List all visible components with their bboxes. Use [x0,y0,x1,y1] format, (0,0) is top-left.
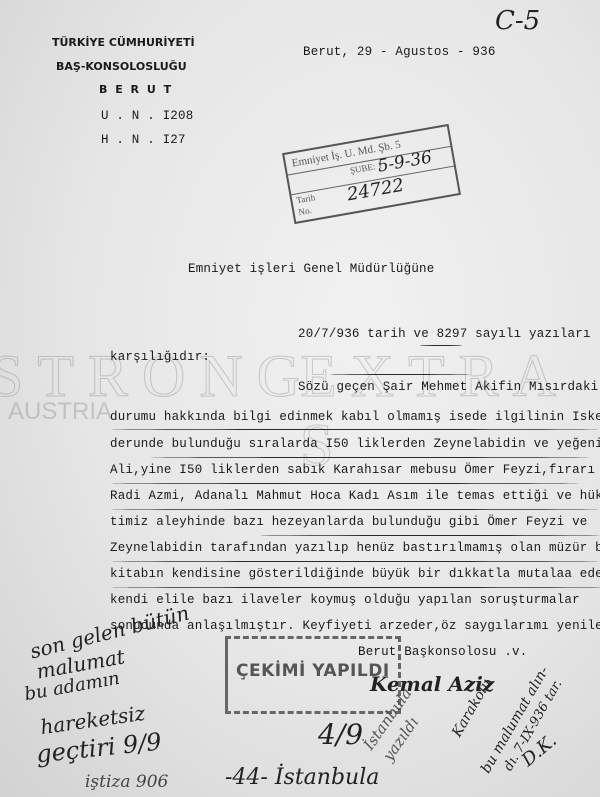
body-line-5: Radi Azmi, Adanalı Mahmut Hoca Kadı Asım… [110,489,600,503]
bottom-left-note: iştiza 906 [85,772,168,792]
stamp-date-label: Tarih [296,192,316,205]
letterhead-city: B E R U T [99,83,173,96]
letterhead-consulate: BAŞ-KONSOLOSLUĞU [56,60,187,73]
body-line-4: Ali,yine I50 liklerden sabık Karahısar m… [110,463,595,477]
body-line-3: derunde bulunduğu sıralarda I50 liklerde… [110,437,600,451]
reference-line: 20/7/936 tarih ve 8297 sayılı yazıları [298,327,591,341]
copy-made-stamp: ÇEKİMİ YAPILDI [225,636,401,714]
body-line-7: Zeynelabidin tarafından yazılıp henüz ba… [110,541,600,555]
body-line-8: kitabın kendisine gösterildiğinde büyük … [110,567,600,581]
reference-continuation: karşılığıdır: [110,350,210,364]
body-line-6: timiz aleyhinde bazı hezeyanlarda bulund… [110,515,587,529]
bottom-center-note: -44- İstanbula [225,765,379,790]
private-number: H . N . I27 [101,133,186,147]
received-stamp: Emniyet İş. U. Md. Şb. 5 ŞUBE: 1 5-9-36 … [282,124,461,224]
body-line-2: durumu hakkında bilgi edinmek kabıl olma… [110,410,600,424]
general-number: U . N . I208 [101,109,193,123]
archive-mark: C-5 [495,6,540,36]
body-line-1: Sözü geçen Şair Mehmet Akifin Mısırdaki [298,380,598,394]
stamp-no-value: 24722 [345,175,405,206]
copy-made-stamp-text: ÇEKİMİ YAPILDI [236,661,390,681]
recipient: Emniyet işleri Genel Müdürlüğüne [188,262,434,276]
stamp-no-label: No. [298,205,313,217]
watermark-austria: AUSTRIA [8,398,112,426]
letterhead-country: TÜRKİYE CÜMHURİYETİ [52,36,195,49]
document-page: STRONG EXTRA S AUSTRIA TÜRKİYE CÜMHURİYE… [0,0,600,797]
initials-date: 4/9 [318,718,363,751]
date-line: Berut, 29 - Agustos - 936 [303,45,496,59]
